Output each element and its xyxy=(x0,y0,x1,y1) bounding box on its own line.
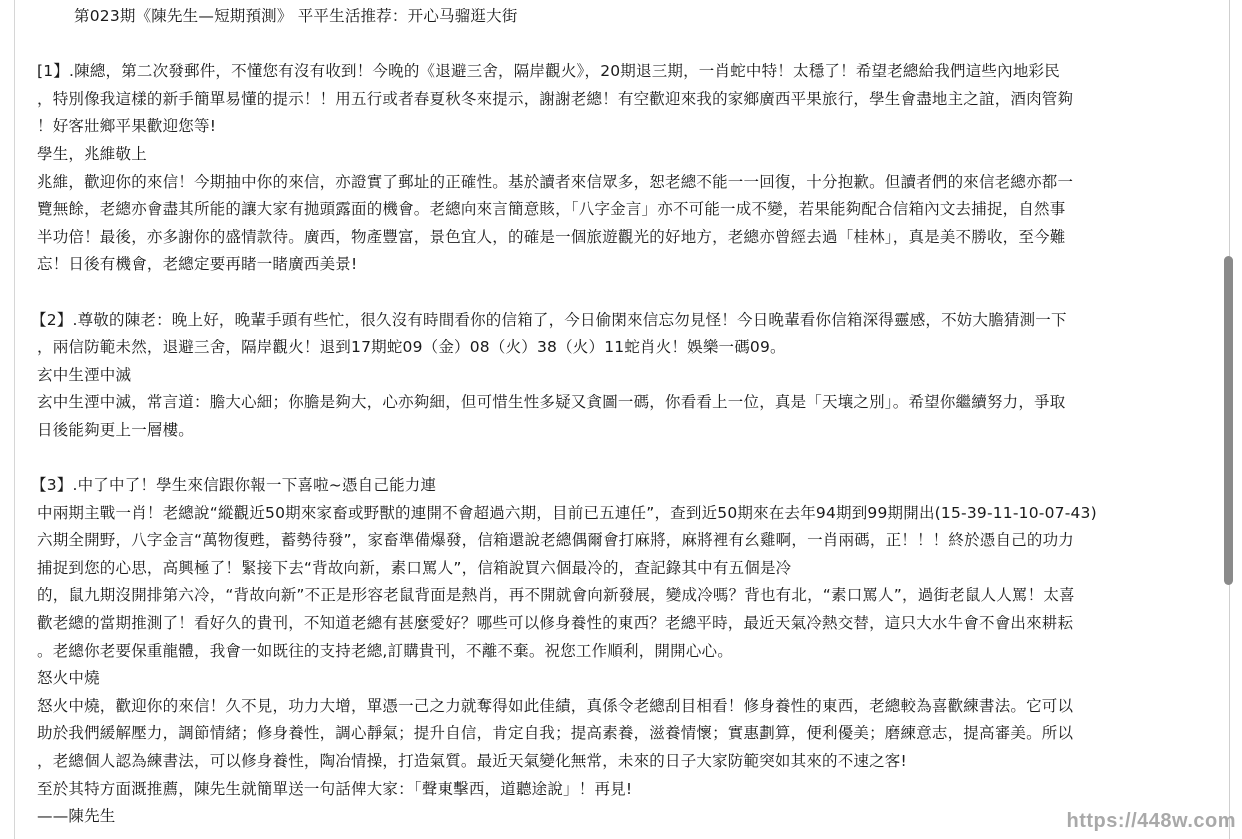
reply-line: 助於我們緩解壓力，調節情緒；修身養性，調心靜氣；提升自信，肯定自我；提高素養，滋… xyxy=(37,720,1217,748)
letter-signature: 學生，兆維敬上 xyxy=(37,141,1217,169)
reply-line: 日後能夠更上一層樓。 xyxy=(37,417,1217,445)
site-watermark: https://448w.com xyxy=(1066,810,1236,833)
author-signature: ——陳先生 xyxy=(37,803,1217,831)
letter-2: 【2】.尊敬的陳老：晚上好，晚輩手頭有些忙，很久沒有時間看你的信箱了，今日偷閑來… xyxy=(37,307,1217,445)
spacer xyxy=(37,445,1217,473)
letter-signature: 玄中生湮中滅 xyxy=(37,362,1217,390)
letter-3: 【3】.中了中了！學生來信跟你報一下喜啦~憑自己能力連 中兩期主戰一肖！老總說“… xyxy=(37,472,1217,776)
reply-line: ，老總個人認為練書法，可以修身養性，陶冶情操，打造氣質。最近天氣變化無常，未來的… xyxy=(37,748,1217,776)
letter-signature: 怒火中燒 xyxy=(37,665,1217,693)
letter-question-line: 。老總你老要保重龍體，我會一如既往的支持老總,訂購貴刊，不離不棄。祝您工作順利，… xyxy=(37,638,1217,666)
letter-question-line: 【3】.中了中了！學生來信跟你報一下喜啦~憑自己能力連 xyxy=(31,472,1217,500)
reply-line: 忘！日後有機會，老總定要再睹一睹廣西美景! xyxy=(37,251,1217,279)
vertical-scrollbar-thumb[interactable] xyxy=(1224,256,1233,585)
closing-recommendation: 至於其特方面溉推薦，陳先生就簡單送一句話俾大家：「聲東擊西，道聽途說」！再見! xyxy=(37,776,1217,804)
letter-question-line: ！好客壯鄉平果歡迎您等! xyxy=(37,113,1217,141)
reply-line: 玄中生湮中滅，常言道：膽大心細；你膽是夠大，心亦夠細，但可惜生性多疑又貪圖一碼，… xyxy=(37,389,1217,417)
letter-question-line: 捕捉到您的心思，高興極了！緊接下去“背故向新，素口罵人”，信箱說買六個最冷的，查… xyxy=(37,555,1217,583)
reply-line: 半功倍！最後，亦多謝你的盛情款待。廣西，物產豐富，景色宜人，的確是一個旅遊觀光的… xyxy=(37,224,1217,252)
letter-question-line: ，兩信防範未然，退避三舍，隔岸觀火！退到17期蛇09（金）08（火）38（火）1… xyxy=(37,334,1217,362)
letter-question-line: ，特別像我這樣的新手簡單易懂的提示！！用五行或者春夏秋冬來提示，謝謝老總！有空歡… xyxy=(37,86,1217,114)
letter-question-line: 【2】.尊敬的陳老：晚上好，晚輩手頭有些忙，很久沒有時間看你的信箱了，今日偷閑來… xyxy=(31,307,1217,335)
letter-question-line: [1】.陳總，第二次發郵件，不懂您有沒有收到！今晚的《退避三舍，隔岸觀火》，20… xyxy=(37,58,1217,86)
spacer xyxy=(37,31,1217,59)
article-body: 第023期《陳先生—短期預測》 平平生活推荐：开心马骝逛大街 [1】.陳總，第二… xyxy=(37,3,1217,831)
reply-line: 兆維，歡迎你的來信！今期抽中你的來信，亦證實了郵址的正確性。基於讀者來信眾多，恕… xyxy=(37,169,1217,197)
letter-1: [1】.陳總，第二次發郵件，不懂您有沒有收到！今晚的《退避三舍，隔岸觀火》，20… xyxy=(37,58,1217,279)
letter-question-line: 六期全開野，八字金言“萬物復甦，蓄勢待發”，家畜準備爆發，信箱還說老總偶爾會打麻… xyxy=(37,527,1217,555)
letter-question-line: 的，鼠九期沒開排第六冷，“背故向新”不正是形容老鼠背面是熱肖，再不開就會向新發展… xyxy=(37,582,1217,610)
reply-line: 覽無餘，老總亦會盡其所能的讓大家有拋頭露面的機會。老總向來言簡意賅，「八字金言」… xyxy=(37,196,1217,224)
document-page: 第023期《陳先生—短期預測》 平平生活推荐：开心马骝逛大街 [1】.陳總，第二… xyxy=(14,0,1230,839)
spacer xyxy=(37,279,1217,307)
letter-question-line: 中兩期主戰一肖！老總說“縱觀近50期來家畜或野獸的連開不會超過六期，目前已五連任… xyxy=(37,500,1217,528)
reply-line: 怒火中燒，歡迎你的來信！久不見，功力大增，單憑一己之力就奪得如此佳績，真係令老總… xyxy=(37,693,1217,721)
letter-question-line: 歡老總的當期推測了！看好久的貴刊，不知道老總有甚麼愛好？哪些可以修身養性的東西？… xyxy=(37,610,1217,638)
page-title: 第023期《陳先生—短期預測》 平平生活推荐：开心马骝逛大街 xyxy=(37,3,1217,31)
